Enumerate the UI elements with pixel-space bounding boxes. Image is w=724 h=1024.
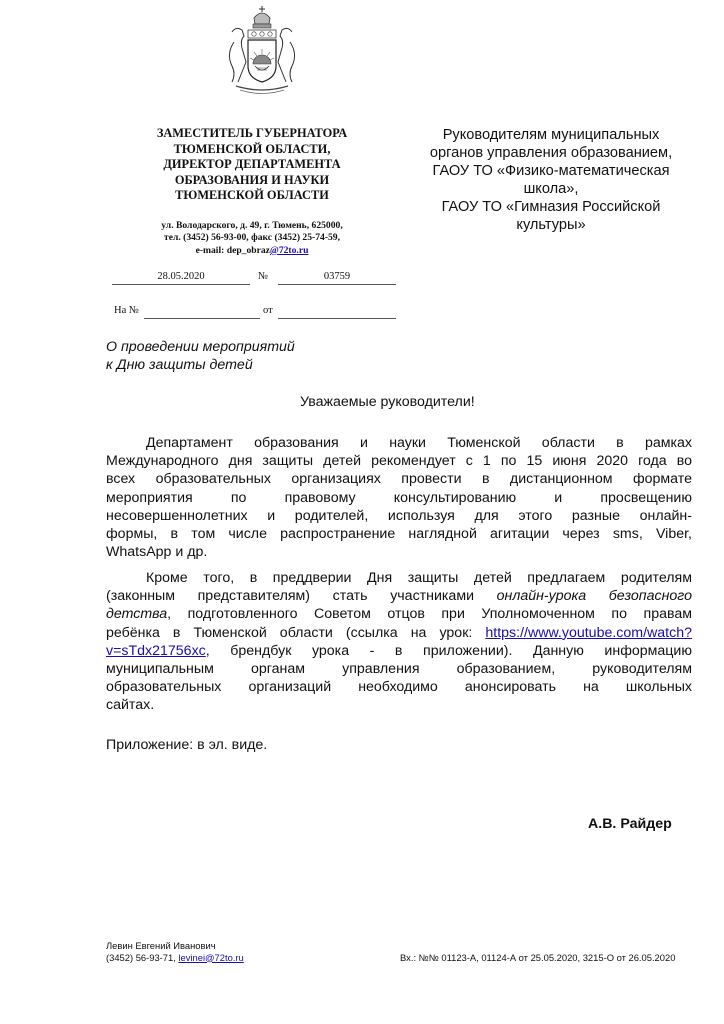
- paragraph-line: Кроме того, в преддверии Дня защиты дете…: [106, 569, 692, 587]
- youtube-lesson-link-cont[interactable]: v=sTdx21756xc: [106, 643, 206, 659]
- org-title-line: ОБРАЗОВАНИЯ И НАУКИ: [112, 173, 392, 189]
- org-title-line: ТЮМЕНСКОЙ ОБЛАСТИ: [112, 188, 392, 204]
- signatory-name: А.В. Райдер: [588, 815, 672, 833]
- youtube-lesson-link[interactable]: https://www.youtube.com/watch?: [485, 625, 692, 641]
- paragraph-line: всех образовательных организациях провес…: [106, 470, 692, 488]
- paragraph-line: ребёнка в Тюменской области (ссылка на у…: [106, 624, 692, 642]
- sender-address: ул. Володарского, д. 49, г. Тюмень, 6250…: [112, 220, 392, 232]
- registration-date-field: 28.05.2020: [112, 270, 250, 285]
- sender-phone: тел. (3452) 56-93-00, факс (3452) 25-74-…: [112, 232, 392, 244]
- org-title-line: ЗАМЕСТИТЕЛЬ ГУБЕРНАТОРА: [112, 126, 392, 142]
- coat-of-arms-icon: [222, 2, 302, 98]
- paragraph-line: v=sTdx21756xc, брендбук урока - в прилож…: [106, 642, 692, 660]
- incoming-reference: Вх.: №№ 01123-А, 01124-А от 25.05.2020, …: [400, 952, 675, 964]
- recipient-line: школа»,: [404, 180, 698, 198]
- recipient-line: культуры»: [404, 216, 698, 234]
- text-run: ребёнка в Тюменской области (ссылка на у…: [106, 625, 485, 641]
- paragraph-line: сайтах.: [106, 696, 692, 714]
- paragraph-line: WhatsApp и др.: [106, 543, 692, 561]
- sender-email: e-mail: dep_obraz@72to.ru: [112, 245, 392, 257]
- sender-contact-block: ул. Володарского, д. 49, г. Тюмень, 6250…: [112, 220, 392, 257]
- paragraph-line: формы, в том числе распространение нагля…: [106, 525, 692, 543]
- executor-block: Левин Евгений Иванович (3452) 56-93-71, …: [106, 940, 244, 963]
- org-title-line: ДИРЕКТОР ДЕПАРТАМЕНТА: [112, 157, 392, 173]
- recipient-line: Руководителям муниципальных: [404, 126, 698, 144]
- text-run: , брендбук урока - в приложении). Данную…: [206, 643, 692, 659]
- executor-phone: (3452) 56-93-71,: [106, 952, 178, 963]
- paragraph-line: образовательных организаций необходимо а…: [106, 678, 692, 696]
- executor-name: Левин Евгений Иванович: [106, 940, 244, 952]
- paragraph-line: мероприятия по правовому консультировани…: [106, 489, 692, 507]
- text-run: (законным представителям) стать участник…: [106, 588, 497, 604]
- paragraph-line: (законным представителям) стать участник…: [106, 587, 692, 605]
- recipients-block: Руководителям муниципальных органов упра…: [404, 126, 698, 234]
- paragraph-line: Международного дня защиты детей рекоменд…: [106, 452, 692, 470]
- email-link[interactable]: @72to.ru: [270, 245, 309, 256]
- executor-email-link[interactable]: levinei@72to.ru: [178, 952, 243, 963]
- reference-date-field: [278, 304, 396, 319]
- registration-number-field: 03759: [278, 270, 396, 285]
- attachment-note: Приложение: в эл. виде.: [106, 736, 267, 754]
- sender-organization-title: ЗАМЕСТИТЕЛЬ ГУБЕРНАТОРА ТЮМЕНСКОЙ ОБЛАСТ…: [112, 126, 392, 204]
- lesson-title-italic: детства: [106, 606, 167, 622]
- letter-subject: О проведении мероприятий к Дню защиты де…: [106, 338, 295, 374]
- subject-line: к Дню защиты детей: [106, 356, 295, 374]
- reference-from-label: от: [263, 304, 273, 318]
- paragraph-line: муниципальным органам управления образов…: [106, 660, 692, 678]
- reference-number-label: На №: [114, 304, 139, 318]
- text-run: , подготовленного Советом отцов при Упол…: [167, 606, 692, 622]
- paragraph-line: несовершеннолетних и родителей, использу…: [106, 507, 692, 525]
- lesson-title-italic: онлайн-урока безопасного: [497, 588, 692, 604]
- body-paragraph-1: Департамент образования и науки Тюменско…: [106, 434, 692, 561]
- recipient-line: ГАОУ ТО «Физико-математическая: [404, 162, 698, 180]
- email-prefix: e-mail: dep_obraz: [196, 245, 270, 256]
- recipient-line: органов управления образованием,: [404, 144, 698, 162]
- salutation: Уважаемые руководители!: [300, 393, 475, 411]
- subject-line: О проведении мероприятий: [106, 338, 295, 356]
- body-paragraph-2: Кроме того, в преддверии Дня защиты дете…: [106, 569, 692, 715]
- org-title-line: ТЮМЕНСКОЙ ОБЛАСТИ,: [112, 142, 392, 158]
- executor-contacts: (3452) 56-93-71, levinei@72to.ru: [106, 952, 244, 964]
- recipient-line: ГАОУ ТО «Гимназия Российской: [404, 198, 698, 216]
- paragraph-line: Департамент образования и науки Тюменско…: [106, 434, 692, 452]
- paragraph-line: детства, подготовленного Советом отцов п…: [106, 605, 692, 623]
- reference-number-field: [144, 304, 260, 319]
- registration-number-label: №: [258, 270, 268, 284]
